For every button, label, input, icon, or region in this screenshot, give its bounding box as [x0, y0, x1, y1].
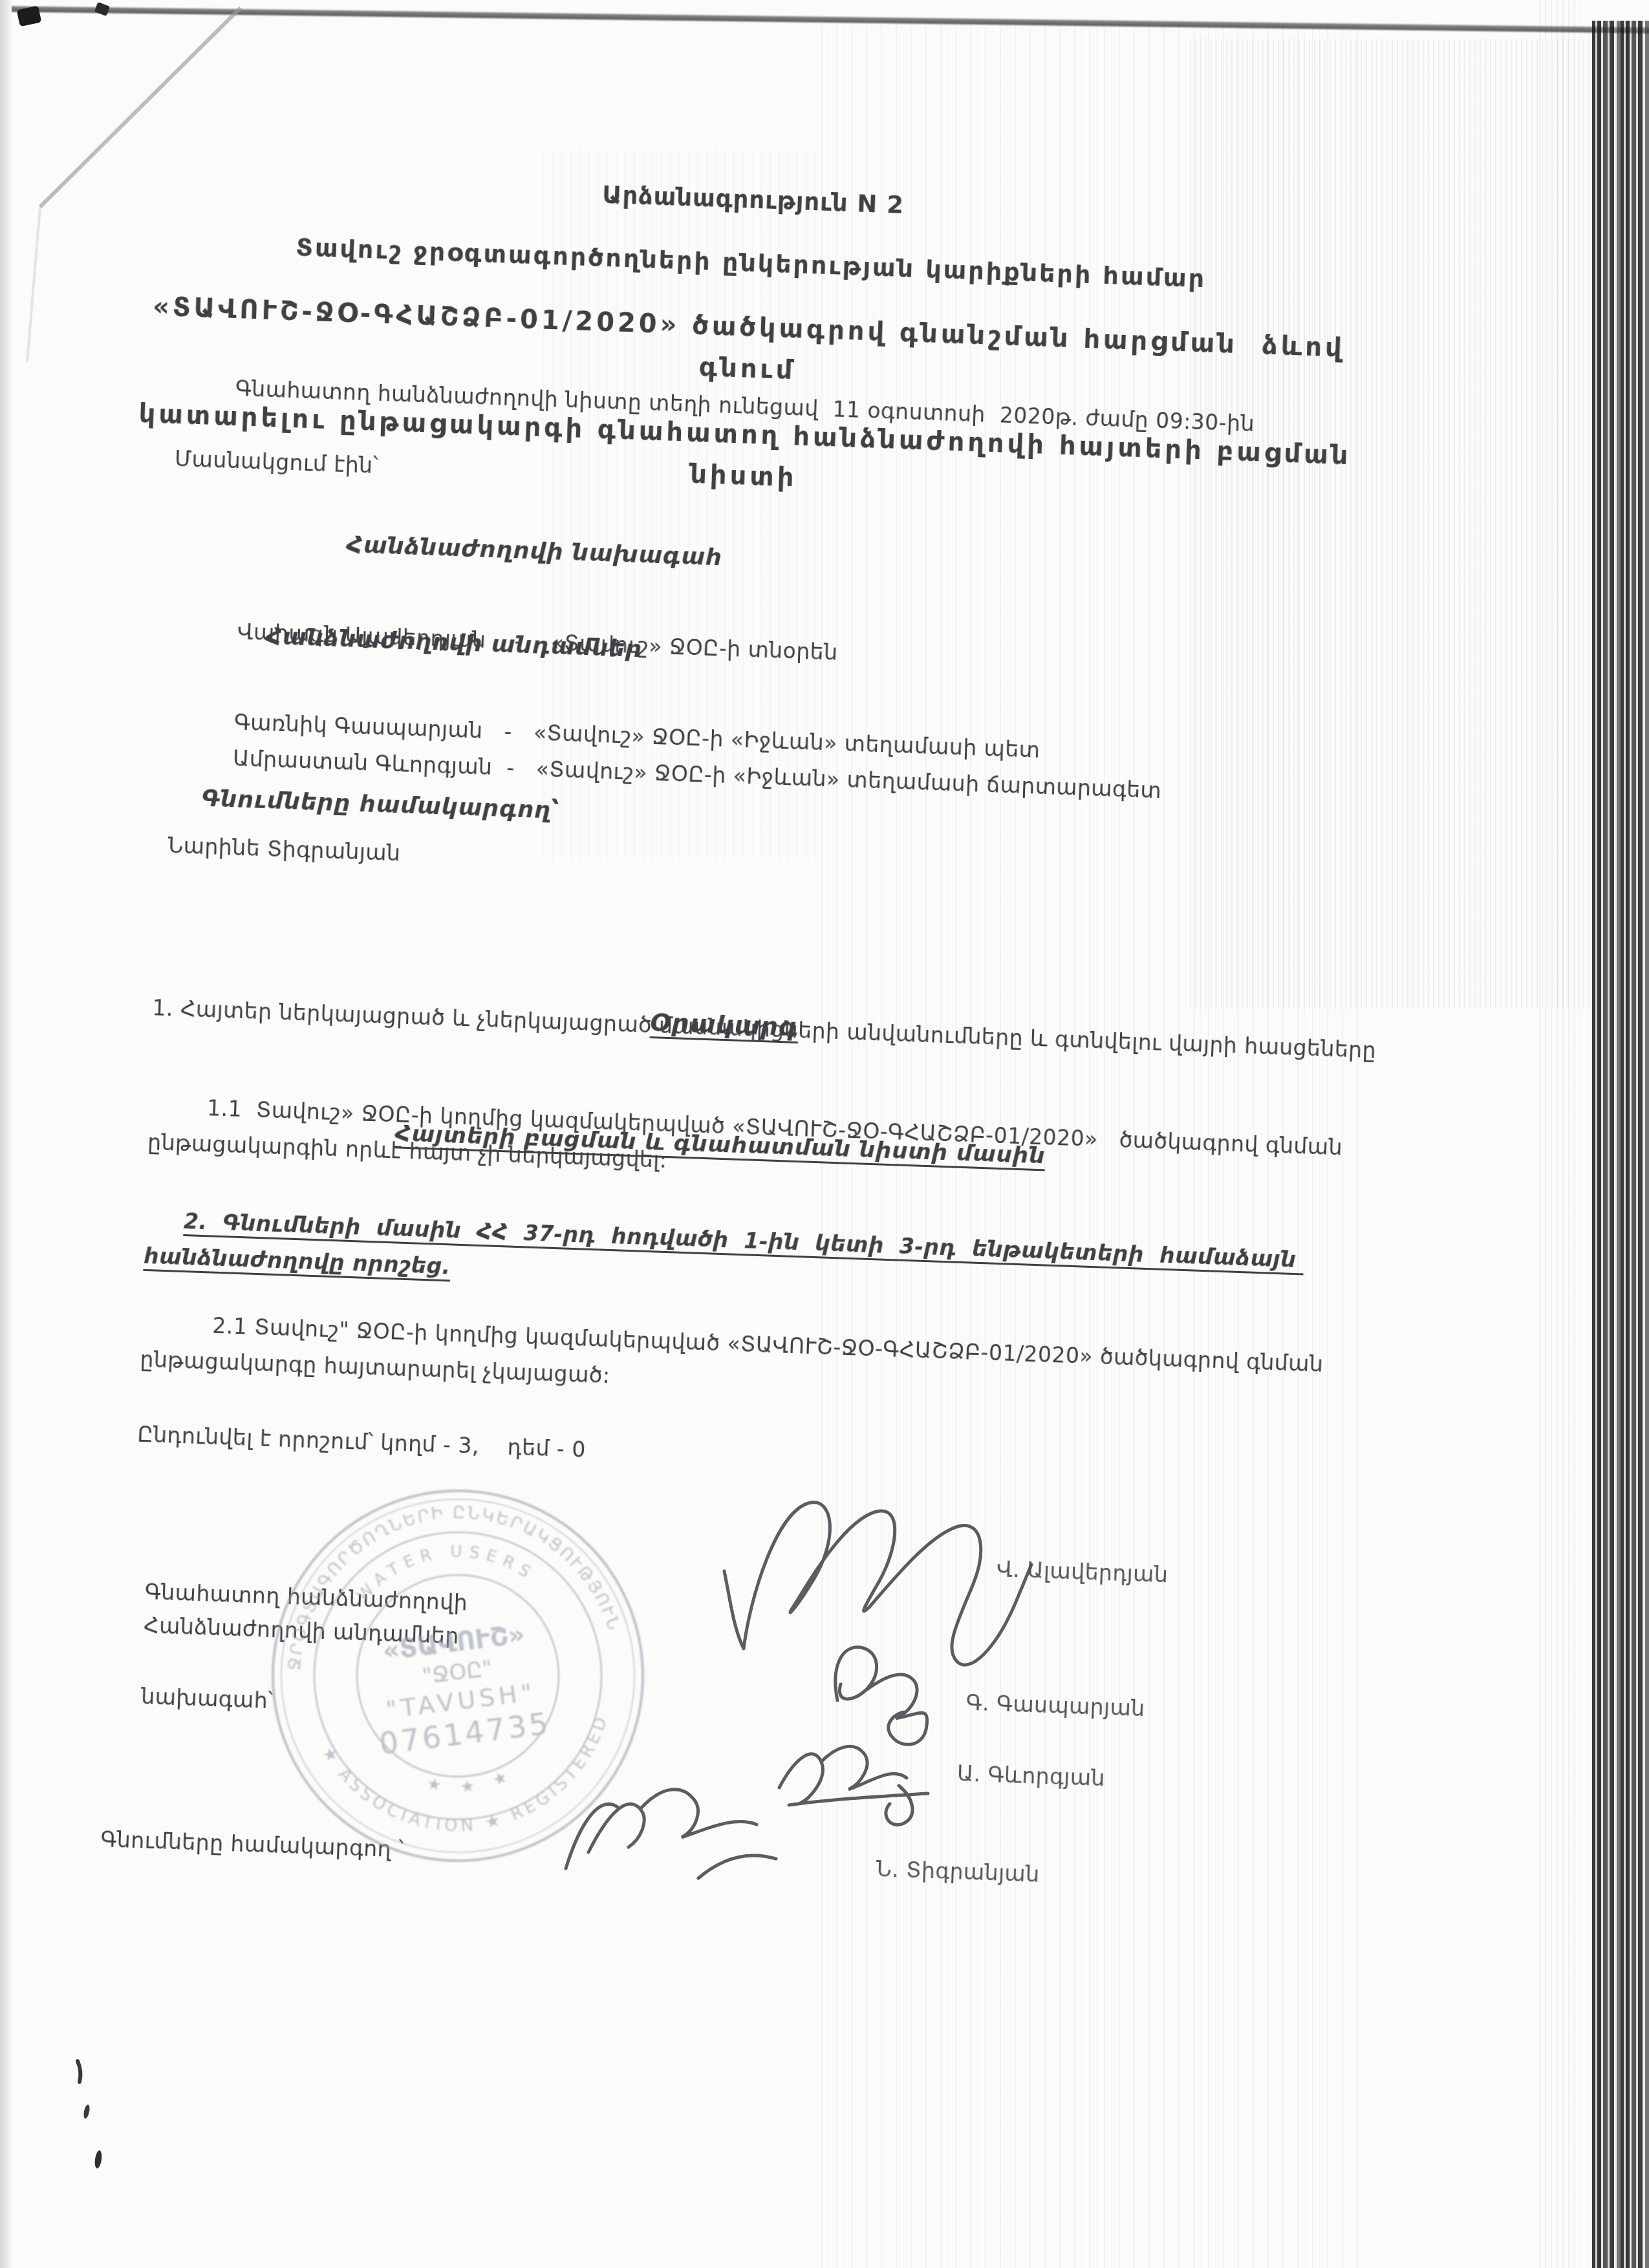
coordinator-signature [566, 1790, 776, 1878]
member-name: Ամրաստան Գևորգյան [232, 745, 493, 780]
member1-signature [835, 1647, 927, 1745]
member2-signature [779, 1746, 928, 1824]
participants-label: Մասնակցում էին՝ [174, 441, 379, 484]
item-2-1: 2.1 Տավուշ" ՋՕԸ-ի կողմից կազմակերպված «Տ… [140, 1305, 1467, 1424]
scan-artifact-left-strip [0, 0, 12, 2268]
scan-artifact-binding-edge [1592, 21, 1649, 2268]
member-role: «Տավուշ» ՋՕԸ-ի «Իջևան» տեղամասի ճարտարագ… [535, 756, 1162, 804]
scanned-document-page: Արձանագրություն N 2 Տավուշ ջրօգտագործողն… [0, 0, 1649, 2268]
signatures-layer [504, 1455, 1119, 1920]
chair-heading: Հանձնաժողովի նախագահ [346, 532, 722, 571]
coordinator-name: Նարինե Տիգրանյան [167, 828, 401, 872]
title-line-2: Տավուշ ջրօգտագործողների ընկերության կարի… [143, 222, 1359, 304]
chair-signature [724, 1503, 1031, 1665]
scan-artifact-streaks [1539, 0, 1580, 2268]
